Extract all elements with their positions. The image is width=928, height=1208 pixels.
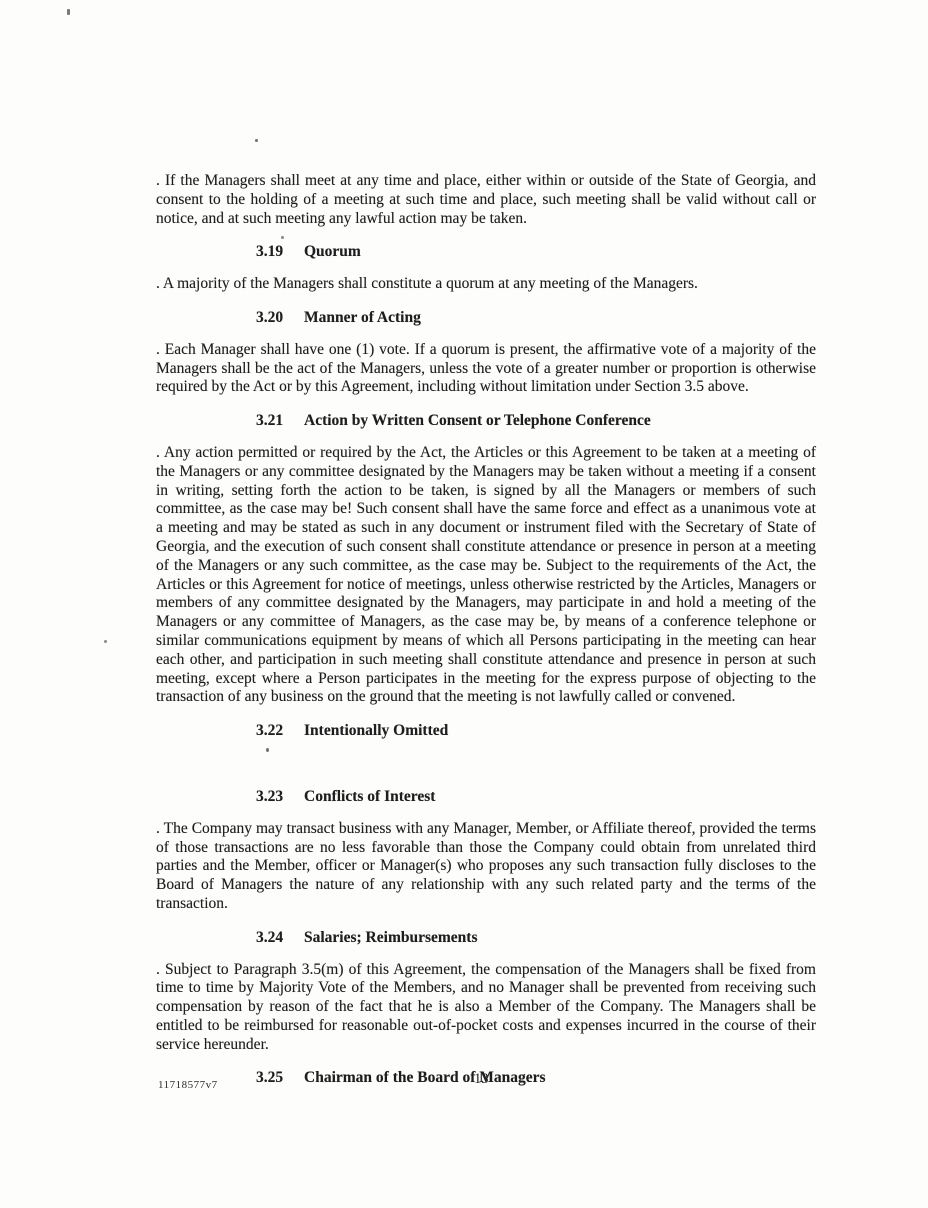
section-title: Salaries; Reimbursements (304, 929, 478, 946)
paragraph: . The Company may transact business with… (156, 820, 816, 914)
section-title: Conflicts of Interest (304, 788, 435, 805)
section-heading-3.19: 3.19Quorum (156, 243, 816, 262)
section-title: Manner of Acting (304, 309, 421, 326)
section-number: 3.21 (256, 412, 304, 431)
section-number: 3.24 (256, 929, 304, 948)
paragraph: . Subject to Paragraph 3.5(m) of this Ag… (156, 961, 816, 1055)
section-heading-3.23: 3.23Conflicts of Interest (156, 788, 816, 807)
section-number: 3.20 (256, 309, 304, 328)
section-number: 3.23 (256, 788, 304, 807)
section-title: Quorum (304, 243, 361, 260)
section-number: 3.25 (256, 1069, 304, 1088)
section-number: 3.22 (256, 722, 304, 741)
scan-artifact-dot (67, 9, 70, 15)
paragraph: . Each Manager shall have one (1) vote. … (156, 341, 816, 397)
paragraph: . A majority of the Managers shall const… (156, 275, 816, 294)
document-content: . If the Managers shall meet at any time… (156, 172, 816, 1101)
document-page: . If the Managers shall meet at any time… (0, 0, 928, 1208)
scan-artifact-dot (104, 640, 107, 643)
scan-artifact-dot (255, 139, 258, 142)
section-heading-3.25: 3.25Chairman of the Board of Managers (156, 1069, 816, 1088)
section-heading-3.22: 3.22Intentionally Omitted (156, 722, 816, 741)
section-heading-3.20: 3.20Manner of Acting (156, 309, 816, 328)
section-heading-3.21: 3.21Action by Written Consent or Telepho… (156, 412, 816, 431)
paragraph: . Any action permitted or required by th… (156, 444, 816, 707)
section-title: Intentionally Omitted (304, 722, 448, 739)
section-title: Action by Written Consent or Telephone C… (304, 412, 651, 429)
blank-gap (156, 754, 816, 786)
paragraph: . If the Managers shall meet at any time… (156, 172, 816, 228)
section-title: Chairman of the Board of Managers (304, 1069, 546, 1086)
section-number: 3.19 (256, 243, 304, 262)
section-heading-3.24: 3.24Salaries; Reimbursements (156, 929, 816, 948)
